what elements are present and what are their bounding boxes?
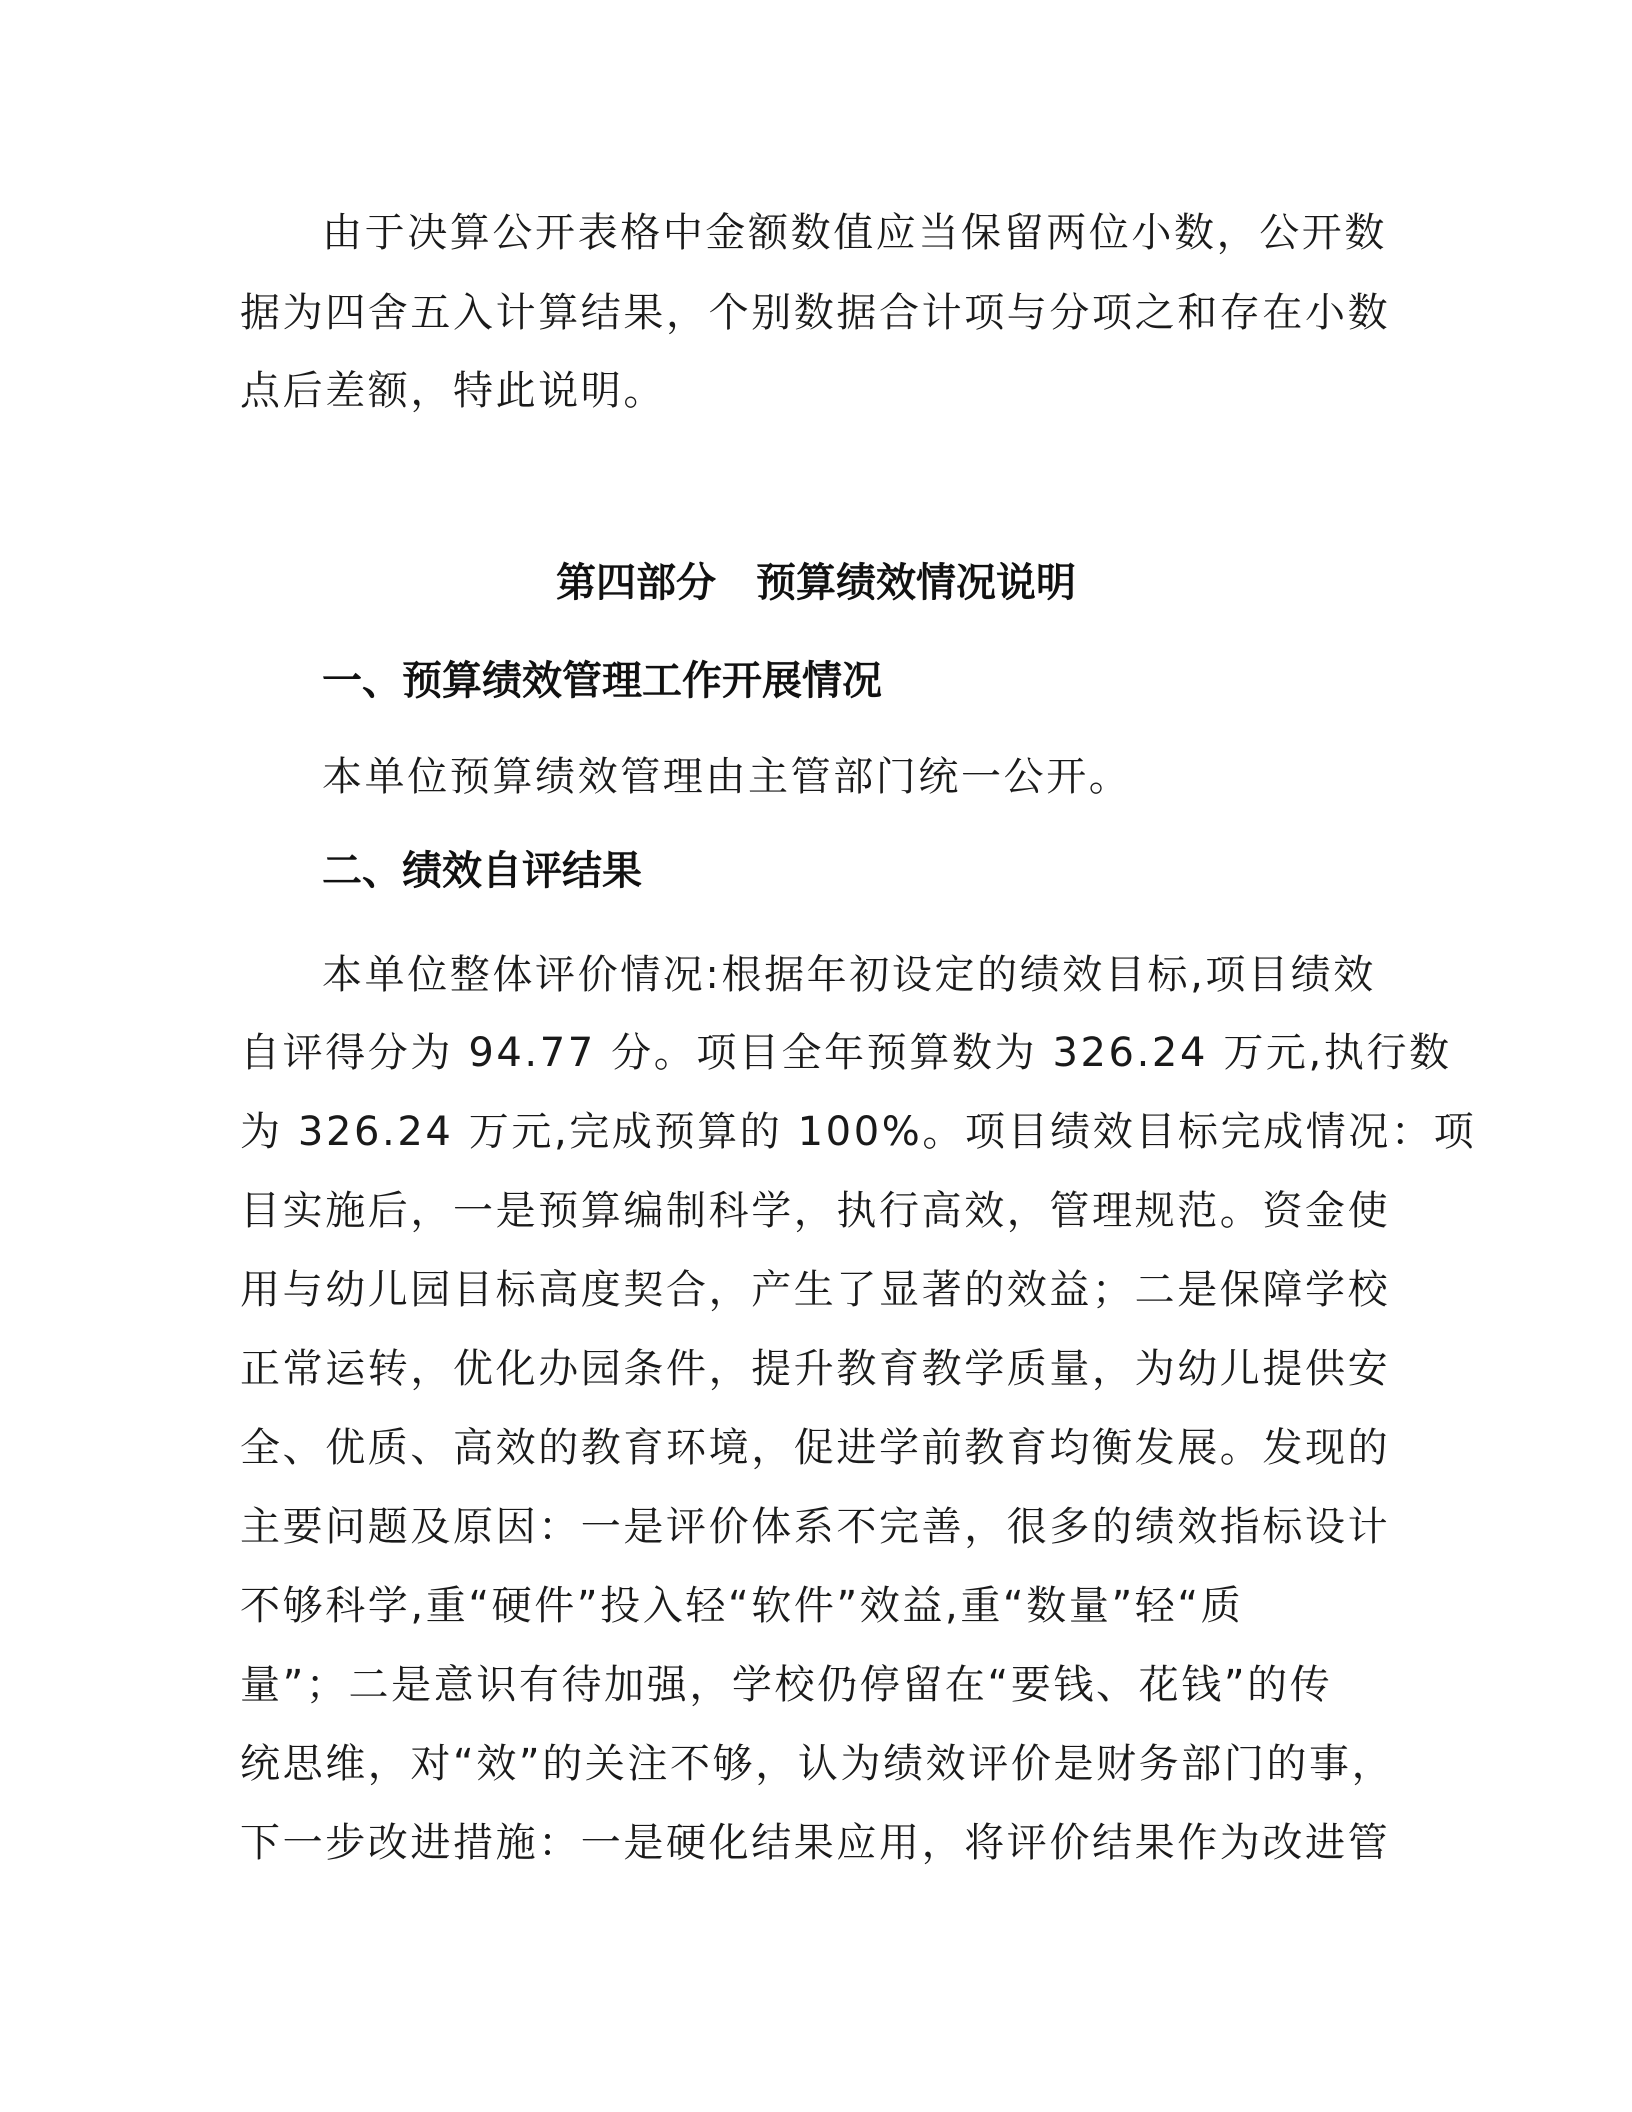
performance-management-text: 本单位预算绩效管理由主管部门统一公开。: [322, 752, 1462, 802]
intro-line-2: 据为四舍五入计算结果，个别数据合计项与分项之和存在小数: [240, 288, 1380, 338]
eval-line-9: 不够科学,重“硬件”投入轻“软件”效益,重“数量”轻“质: [240, 1581, 1380, 1631]
eval-line-1: 本单位整体评价情况:根据年初设定的绩效目标,项目绩效: [322, 950, 1462, 1000]
eval-line-8: 主要问题及原因：一是评价体系不完善，很多的绩效指标设计: [240, 1502, 1380, 1552]
eval-line-10: 量”；二是意识有待加强，学校仍停留在“要钱、花钱”的传: [240, 1660, 1380, 1710]
section-title: 第四部分 预算绩效情况说明: [0, 558, 1632, 608]
heading-performance-management: 一、预算绩效管理工作开展情况: [322, 656, 882, 706]
eval-line-7: 全、优质、高效的教育环境，促进学前教育均衡发展。发现的: [240, 1423, 1380, 1473]
heading-self-evaluation: 二、绩效自评结果: [322, 846, 642, 896]
eval-line-5: 用与幼儿园目标高度契合，产生了显著的效益；二是保障学校: [240, 1265, 1380, 1315]
intro-line-3: 点后差额，特此说明。: [240, 366, 1380, 416]
eval-line-6: 正常运转，优化办园条件，提升教育教学质量，为幼儿提供安: [240, 1344, 1380, 1394]
eval-line-3: 为 326.24 万元,完成预算的 100%。项目绩效目标完成情况：项: [240, 1107, 1380, 1157]
eval-line-12: 下一步改进措施：一是硬化结果应用，将评价结果作为改进管: [240, 1818, 1380, 1868]
eval-line-2: 自评得分为 94.77 分。项目全年预算数为 326.24 万元,执行数: [240, 1028, 1380, 1078]
document-page: 由于决算公开表格中金额数值应当保留两位小数，公开数 据为四舍五入计算结果，个别数…: [0, 0, 1632, 2112]
eval-line-11: 统思维，对“效”的关注不够，认为绩效评价是财务部门的事，: [240, 1739, 1380, 1789]
eval-line-4: 目实施后，一是预算编制科学，执行高效，管理规范。资金使: [240, 1186, 1380, 1236]
intro-line-1: 由于决算公开表格中金额数值应当保留两位小数，公开数: [322, 208, 1462, 258]
